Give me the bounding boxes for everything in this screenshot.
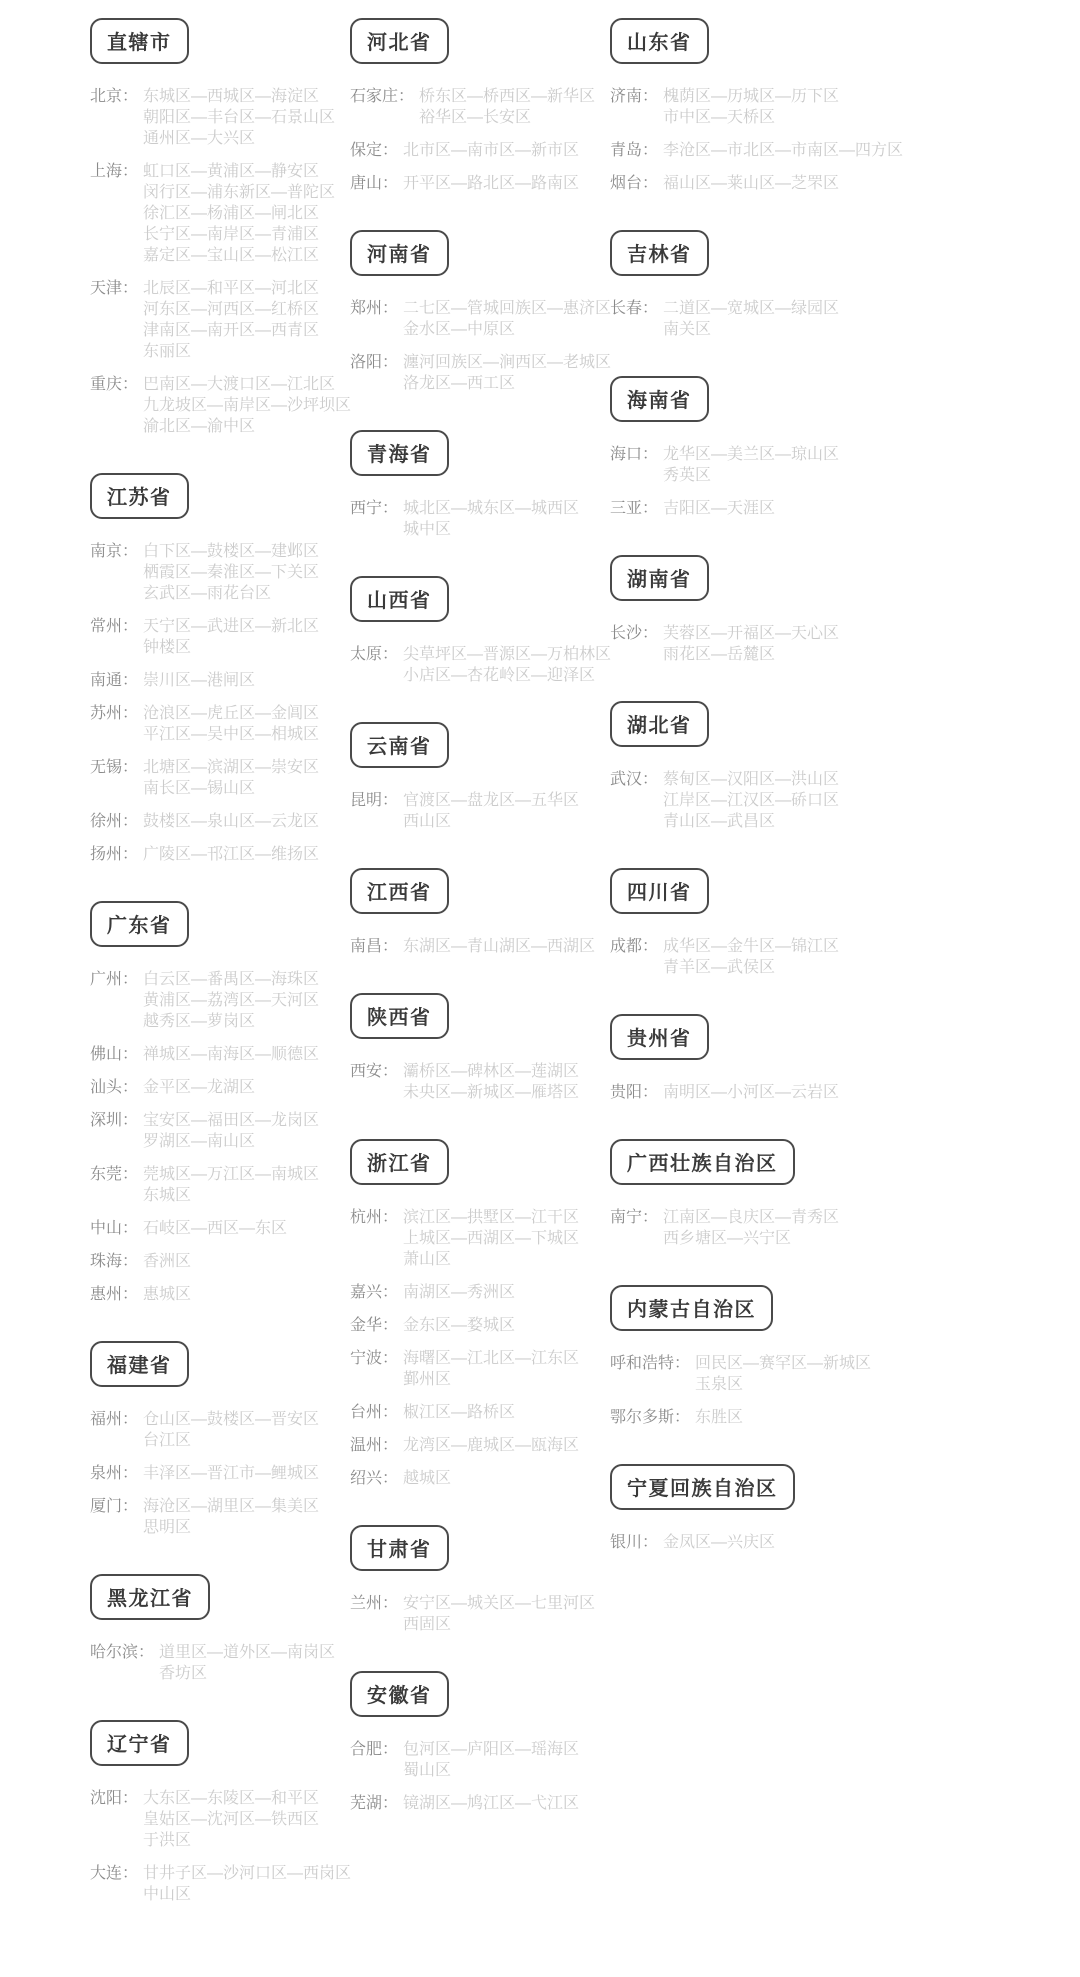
province-header: 福建省 <box>90 1341 189 1387</box>
district-line: 江岸区—江汉区—硚口区 <box>663 790 839 811</box>
district-line: 通州区—大兴区 <box>143 128 335 149</box>
city-row: 宁波：海曙区—江北区—江东区鄞州区 <box>350 1348 610 1390</box>
city-row: 沈阳：大东区—东陵区—和平区皇姑区—沈河区—铁西区于洪区 <box>90 1788 350 1851</box>
column: 直辖市北京：东城区—西城区—海淀区朝阳区—丰台区—石景山区通州区—大兴区上海：虹… <box>90 18 350 1917</box>
district-list: 香洲区 <box>143 1251 191 1272</box>
district-line: 吉阳区—天涯区 <box>663 498 775 519</box>
district-line: 金东区—婺城区 <box>403 1315 515 1336</box>
city-row: 昆明：官渡区—盘龙区—五华区西山区 <box>350 790 610 832</box>
district-list: 城北区—城东区—城西区城中区 <box>403 498 579 540</box>
district-line: 东城区—西城区—海淀区 <box>143 86 335 107</box>
district-line: 青羊区—武侯区 <box>663 957 839 978</box>
district-line: 二七区—管城回族区—惠济区 <box>403 298 611 319</box>
district-line: 西山区 <box>403 811 579 832</box>
city-name: 南宁： <box>610 1207 658 1228</box>
district-line: 未央区—新城区—雁塔区 <box>403 1082 579 1103</box>
district-line: 椒江区—路桥区 <box>403 1402 515 1423</box>
city-row: 杭州：滨江区—拱墅区—江干区上城区—西湖区—下城区萧山区 <box>350 1207 610 1270</box>
province-header-wrap: 四川省 <box>610 868 870 914</box>
province-section: 广西壮族自治区南宁：江南区—良庆区—青秀区西乡塘区—兴宁区 <box>610 1139 870 1249</box>
district-line: 灞桥区—碑林区—莲湖区 <box>403 1061 579 1082</box>
city-row: 徐州：鼓楼区—泉山区—云龙区 <box>90 811 350 832</box>
province-header: 湖北省 <box>610 701 709 747</box>
district-line: 市中区—天桥区 <box>663 107 839 128</box>
city-name: 无锡： <box>90 757 138 778</box>
province-section: 河北省石家庄：桥东区—桥西区—新华区裕华区—长安区保定：北市区—南市区—新市区唐… <box>350 18 610 194</box>
city-name: 金华： <box>350 1315 398 1336</box>
district-line: 小店区—杏花岭区—迎泽区 <box>403 665 611 686</box>
district-line: 雨花区—岳麓区 <box>663 644 839 665</box>
district-list: 白下区—鼓楼区—建邺区栖霞区—秦淮区—下关区玄武区—雨花台区 <box>143 541 319 604</box>
city-row: 兰州：安宁区—城关区—七里河区西固区 <box>350 1593 610 1635</box>
city-name: 南京： <box>90 541 138 562</box>
city-row: 哈尔滨：道里区—道外区—南岗区香坊区 <box>90 1642 350 1684</box>
district-line: 城中区 <box>403 519 579 540</box>
province-header: 青海省 <box>350 430 449 476</box>
province-header-wrap: 江西省 <box>350 868 610 914</box>
district-list: 镜湖区—鸠江区—弋江区 <box>403 1793 579 1814</box>
city-row: 长沙：芙蓉区—开福区—天心区雨花区—岳麓区 <box>610 623 870 665</box>
city-row: 北京：东城区—西城区—海淀区朝阳区—丰台区—石景山区通州区—大兴区 <box>90 86 350 149</box>
city-row: 中山：石岐区—西区—东区 <box>90 1218 350 1239</box>
district-list: 龙华区—美兰区—琼山区秀英区 <box>663 444 839 486</box>
province-header-wrap: 江苏省 <box>90 473 350 519</box>
province-section: 湖南省长沙：芙蓉区—开福区—天心区雨花区—岳麓区 <box>610 555 870 665</box>
city-name: 台州： <box>350 1402 398 1423</box>
district-line: 河东区—河西区—红桥区 <box>143 299 319 320</box>
city-row: 呼和浩特：回民区—赛罕区—新城区玉泉区 <box>610 1353 870 1395</box>
city-row: 温州：龙湾区—鹿城区—瓯海区 <box>350 1435 610 1456</box>
city-name: 南通： <box>90 670 138 691</box>
city-row: 重庆：巴南区—大渡口区—江北区九龙坡区—南岸区—沙坪坝区渝北区—渝中区 <box>90 374 350 437</box>
district-list: 芙蓉区—开福区—天心区雨花区—岳麓区 <box>663 623 839 665</box>
district-line: 槐荫区—历城区—历下区 <box>663 86 839 107</box>
district-line: 瀍河回族区—涧西区—老城区 <box>403 352 611 373</box>
city-name: 惠州： <box>90 1284 138 1305</box>
district-list: 北辰区—和平区—河北区河东区—河西区—红桥区津南区—南开区—西青区东丽区 <box>143 278 319 362</box>
district-line: 禅城区—南海区—顺德区 <box>143 1044 319 1065</box>
district-list: 北市区—南市区—新市区 <box>403 140 579 161</box>
column: 河北省石家庄：桥东区—桥西区—新华区裕华区—长安区保定：北市区—南市区—新市区唐… <box>350 18 610 1917</box>
city-row: 大连：甘井子区—沙河口区—西岗区中山区 <box>90 1863 350 1905</box>
province-section: 内蒙古自治区呼和浩特：回民区—赛罕区—新城区玉泉区鄂尔多斯：东胜区 <box>610 1285 870 1428</box>
district-line: 桥东区—桥西区—新华区 <box>419 86 595 107</box>
district-list: 瀍河回族区—涧西区—老城区洛龙区—西工区 <box>403 352 611 394</box>
district-line: 鄞州区 <box>403 1369 579 1390</box>
district-line: 闵行区—浦东新区—普陀区 <box>143 182 335 203</box>
province-header-wrap: 河北省 <box>350 18 610 64</box>
district-list: 越城区 <box>403 1468 451 1489</box>
city-row: 东莞：莞城区—万江区—南城区东城区 <box>90 1164 350 1206</box>
district-line: 萧山区 <box>403 1249 579 1270</box>
province-header-wrap: 山东省 <box>610 18 870 64</box>
city-row: 烟台：福山区—莱山区—芝罘区 <box>610 173 870 194</box>
city-name: 成都： <box>610 936 658 957</box>
province-header-wrap: 湖北省 <box>610 701 870 747</box>
city-name: 沈阳： <box>90 1788 138 1809</box>
city-name: 上海： <box>90 161 138 182</box>
province-header: 黑龙江省 <box>90 1574 210 1620</box>
district-line: 南明区—小河区—云岩区 <box>663 1082 839 1103</box>
city-row: 无锡：北塘区—滨湖区—崇安区南长区—锡山区 <box>90 757 350 799</box>
district-line: 江南区—良庆区—青秀区 <box>663 1207 839 1228</box>
district-line: 台江区 <box>143 1430 319 1451</box>
province-header: 贵州省 <box>610 1014 709 1060</box>
district-list: 东湖区—青山湖区—西湖区 <box>403 936 595 957</box>
district-list: 天宁区—武进区—新北区钟楼区 <box>143 616 319 658</box>
district-line: 栖霞区—秦淮区—下关区 <box>143 562 319 583</box>
city-row: 福州：仓山区—鼓楼区—晋安区台江区 <box>90 1409 350 1451</box>
district-line: 莞城区—万江区—南城区 <box>143 1164 319 1185</box>
city-name: 广州： <box>90 969 138 990</box>
city-row: 洛阳：瀍河回族区—涧西区—老城区洛龙区—西工区 <box>350 352 610 394</box>
column: 山东省济南：槐荫区—历城区—历下区市中区—天桥区青岛：李沧区—市北区—市南区—四… <box>610 18 870 1917</box>
district-line: 滨江区—拱墅区—江干区 <box>403 1207 579 1228</box>
district-list: 滨江区—拱墅区—江干区上城区—西湖区—下城区萧山区 <box>403 1207 579 1270</box>
city-name: 宁波： <box>350 1348 398 1369</box>
province-section: 安徽省合肥：包河区—庐阳区—瑶海区蜀山区芜湖：镜湖区—鸠江区—弋江区 <box>350 1671 610 1814</box>
district-line: 钟楼区 <box>143 637 319 658</box>
province-header-wrap: 云南省 <box>350 722 610 768</box>
district-line: 中山区 <box>143 1884 351 1905</box>
district-line: 北市区—南市区—新市区 <box>403 140 579 161</box>
city-name: 贵阳： <box>610 1082 658 1103</box>
city-name: 嘉兴： <box>350 1282 398 1303</box>
district-list: 桥东区—桥西区—新华区裕华区—长安区 <box>419 86 595 128</box>
province-header-wrap: 贵州省 <box>610 1014 870 1060</box>
city-row: 武汉：蔡甸区—汉阳区—洪山区江岸区—江汉区—硚口区青山区—武昌区 <box>610 769 870 832</box>
district-line: 黄浦区—荔湾区—天河区 <box>143 990 319 1011</box>
province-header-wrap: 辽宁省 <box>90 1720 350 1766</box>
district-line: 安宁区—城关区—七里河区 <box>403 1593 595 1614</box>
district-list: 开平区—路北区—路南区 <box>403 173 579 194</box>
city-row: 上海：虹口区—黄浦区—静安区闵行区—浦东新区—普陀区徐汇区—杨浦区—闸北区长宁区… <box>90 161 350 266</box>
district-line: 二道区—宽城区—绿园区 <box>663 298 839 319</box>
district-line: 石岐区—西区—东区 <box>143 1218 287 1239</box>
district-line: 成华区—金牛区—锦江区 <box>663 936 839 957</box>
province-header-wrap: 河南省 <box>350 230 610 276</box>
province-header-wrap: 宁夏回族自治区 <box>610 1464 870 1510</box>
province-section: 浙江省杭州：滨江区—拱墅区—江干区上城区—西湖区—下城区萧山区嘉兴：南湖区—秀洲… <box>350 1139 610 1489</box>
province-section: 海南省海口：龙华区—美兰区—琼山区秀英区三亚：吉阳区—天涯区 <box>610 376 870 519</box>
district-line: 金平区—龙湖区 <box>143 1077 255 1098</box>
district-line: 于洪区 <box>143 1830 319 1851</box>
district-list: 李沧区—市北区—市南区—四方区 <box>663 140 903 161</box>
province-header-wrap: 吉林省 <box>610 230 870 276</box>
province-header: 宁夏回族自治区 <box>610 1464 795 1510</box>
city-row: 唐山：开平区—路北区—路南区 <box>350 173 610 194</box>
province-header: 河北省 <box>350 18 449 64</box>
city-name: 温州： <box>350 1435 398 1456</box>
district-line: 金凤区—兴庆区 <box>663 1532 775 1553</box>
city-name: 汕头： <box>90 1077 138 1098</box>
district-line: 北塘区—滨湖区—崇安区 <box>143 757 319 778</box>
district-line: 宝安区—福田区—龙岗区 <box>143 1110 319 1131</box>
district-line: 蔡甸区—汉阳区—洪山区 <box>663 769 839 790</box>
city-row: 济南：槐荫区—历城区—历下区市中区—天桥区 <box>610 86 870 128</box>
district-line: 包河区—庐阳区—瑶海区 <box>403 1739 579 1760</box>
province-header: 云南省 <box>350 722 449 768</box>
city-name: 泉州： <box>90 1463 138 1484</box>
district-list: 白云区—番禺区—海珠区黄浦区—荔湾区—天河区越秀区—萝岗区 <box>143 969 319 1032</box>
district-list: 蔡甸区—汉阳区—洪山区江岸区—江汉区—硚口区青山区—武昌区 <box>663 769 839 832</box>
district-list: 灞桥区—碑林区—莲湖区未央区—新城区—雁塔区 <box>403 1061 579 1103</box>
district-line: 南长区—锡山区 <box>143 778 319 799</box>
district-line: 东丽区 <box>143 341 319 362</box>
province-section: 直辖市北京：东城区—西城区—海淀区朝阳区—丰台区—石景山区通州区—大兴区上海：虹… <box>90 18 350 437</box>
city-name: 南昌： <box>350 936 398 957</box>
district-line: 龙华区—美兰区—琼山区 <box>663 444 839 465</box>
district-list: 二道区—宽城区—绿园区南关区 <box>663 298 839 340</box>
province-header-wrap: 广西壮族自治区 <box>610 1139 870 1185</box>
province-header-wrap: 内蒙古自治区 <box>610 1285 870 1331</box>
city-name: 昆明： <box>350 790 398 811</box>
city-name: 杭州： <box>350 1207 398 1228</box>
province-header: 安徽省 <box>350 1671 449 1717</box>
province-section: 吉林省长春：二道区—宽城区—绿园区南关区 <box>610 230 870 340</box>
province-header: 江西省 <box>350 868 449 914</box>
province-section: 河南省郑州：二七区—管城回族区—惠济区金水区—中原区洛阳：瀍河回族区—涧西区—老… <box>350 230 610 394</box>
city-name: 石家庄： <box>350 86 414 107</box>
district-list: 成华区—金牛区—锦江区青羊区—武侯区 <box>663 936 839 978</box>
city-row: 南京：白下区—鼓楼区—建邺区栖霞区—秦淮区—下关区玄武区—雨花台区 <box>90 541 350 604</box>
district-line: 鼓楼区—泉山区—云龙区 <box>143 811 319 832</box>
district-line: 东湖区—青山湖区—西湖区 <box>403 936 595 957</box>
district-line: 福山区—莱山区—芝罘区 <box>663 173 839 194</box>
district-line: 裕华区—长安区 <box>419 107 595 128</box>
city-name: 芜湖： <box>350 1793 398 1814</box>
district-list: 鼓楼区—泉山区—云龙区 <box>143 811 319 832</box>
city-row: 常州：天宁区—武进区—新北区钟楼区 <box>90 616 350 658</box>
district-line: 越秀区—萝岗区 <box>143 1011 319 1032</box>
city-name: 天津： <box>90 278 138 299</box>
province-header-wrap: 安徽省 <box>350 1671 610 1717</box>
city-row: 银川：金凤区—兴庆区 <box>610 1532 870 1553</box>
city-name: 三亚： <box>610 498 658 519</box>
district-list: 禅城区—南海区—顺德区 <box>143 1044 319 1065</box>
province-header-wrap: 福建省 <box>90 1341 350 1387</box>
district-list: 宝安区—福田区—龙岗区罗湖区—南山区 <box>143 1110 319 1152</box>
district-line: 崇川区—港闸区 <box>143 670 255 691</box>
district-list: 槐荫区—历城区—历下区市中区—天桥区 <box>663 86 839 128</box>
district-list: 椒江区—路桥区 <box>403 1402 515 1423</box>
district-list: 虹口区—黄浦区—静安区闵行区—浦东新区—普陀区徐汇区—杨浦区—闸北区长宁区—南岸… <box>143 161 335 266</box>
district-list: 金平区—龙湖区 <box>143 1077 255 1098</box>
province-header-wrap: 直辖市 <box>90 18 350 64</box>
province-header: 海南省 <box>610 376 709 422</box>
city-name: 保定： <box>350 140 398 161</box>
province-section: 辽宁省沈阳：大东区—东陵区—和平区皇姑区—沈河区—铁西区于洪区大连：甘井子区—沙… <box>90 1720 350 1905</box>
province-header: 广西壮族自治区 <box>610 1139 795 1185</box>
district-line: 金水区—中原区 <box>403 319 611 340</box>
district-list: 崇川区—港闸区 <box>143 670 255 691</box>
province-section: 青海省西宁：城北区—城东区—城西区城中区 <box>350 430 610 540</box>
district-line: 白云区—番禺区—海珠区 <box>143 969 319 990</box>
province-section: 陕西省西安：灞桥区—碑林区—莲湖区未央区—新城区—雁塔区 <box>350 993 610 1103</box>
city-row: 青岛：李沧区—市北区—市南区—四方区 <box>610 140 870 161</box>
district-list: 北塘区—滨湖区—崇安区南长区—锡山区 <box>143 757 319 799</box>
city-name: 长沙： <box>610 623 658 644</box>
district-line: 镜湖区—鸠江区—弋江区 <box>403 1793 579 1814</box>
city-row: 深圳：宝安区—福田区—龙岗区罗湖区—南山区 <box>90 1110 350 1152</box>
city-name: 北京： <box>90 86 138 107</box>
district-line: 罗湖区—南山区 <box>143 1131 319 1152</box>
district-line: 广陵区—邗江区—维扬区 <box>143 844 319 865</box>
city-name: 烟台： <box>610 173 658 194</box>
district-list: 官渡区—盘龙区—五华区西山区 <box>403 790 579 832</box>
district-list: 巴南区—大渡口区—江北区九龙坡区—南岸区—沙坪坝区渝北区—渝中区 <box>143 374 351 437</box>
province-header: 江苏省 <box>90 473 189 519</box>
district-line: 尖草坪区—晋源区—万柏林区 <box>403 644 611 665</box>
district-line: 秀英区 <box>663 465 839 486</box>
province-header: 山西省 <box>350 576 449 622</box>
district-line: 九龙坡区—南岸区—沙坪坝区 <box>143 395 351 416</box>
district-line: 徐汇区—杨浦区—闸北区 <box>143 203 335 224</box>
province-section: 黑龙江省哈尔滨：道里区—道外区—南岗区香坊区 <box>90 1574 350 1684</box>
province-section: 山东省济南：槐荫区—历城区—历下区市中区—天桥区青岛：李沧区—市北区—市南区—四… <box>610 18 870 194</box>
city-name: 东莞： <box>90 1164 138 1185</box>
city-name: 西安： <box>350 1061 398 1082</box>
district-line: 开平区—路北区—路南区 <box>403 173 579 194</box>
province-section: 福建省福州：仓山区—鼓楼区—晋安区台江区泉州：丰泽区—晋江市—鲤城区厦门：海沧区… <box>90 1341 350 1538</box>
province-header: 湖南省 <box>610 555 709 601</box>
district-list: 包河区—庐阳区—瑶海区蜀山区 <box>403 1739 579 1781</box>
province-header-wrap: 陕西省 <box>350 993 610 1039</box>
province-section: 江西省南昌：东湖区—青山湖区—西湖区 <box>350 868 610 957</box>
city-row: 南宁：江南区—良庆区—青秀区西乡塘区—兴宁区 <box>610 1207 870 1249</box>
district-list: 龙湾区—鹿城区—瓯海区 <box>403 1435 579 1456</box>
city-row: 芜湖：镜湖区—鸠江区—弋江区 <box>350 1793 610 1814</box>
city-row: 石家庄：桥东区—桥西区—新华区裕华区—长安区 <box>350 86 610 128</box>
district-line: 惠城区 <box>143 1284 191 1305</box>
city-name: 太原： <box>350 644 398 665</box>
district-line: 龙湾区—鹿城区—瓯海区 <box>403 1435 579 1456</box>
district-line: 西乡塘区—兴宁区 <box>663 1228 839 1249</box>
district-list: 海曙区—江北区—江东区鄞州区 <box>403 1348 579 1390</box>
district-line: 平江区—吴中区—相城区 <box>143 724 319 745</box>
city-name: 鄂尔多斯： <box>610 1407 690 1428</box>
district-list: 惠城区 <box>143 1284 191 1305</box>
district-list: 海沧区—湖里区—集美区思明区 <box>143 1496 319 1538</box>
province-header: 河南省 <box>350 230 449 276</box>
city-name: 海口： <box>610 444 658 465</box>
city-name: 重庆： <box>90 374 138 395</box>
district-line: 白下区—鼓楼区—建邺区 <box>143 541 319 562</box>
district-line: 西固区 <box>403 1614 595 1635</box>
district-line: 思明区 <box>143 1517 319 1538</box>
city-name: 银川： <box>610 1532 658 1553</box>
district-line: 东城区 <box>143 1185 319 1206</box>
district-line: 东胜区 <box>695 1407 743 1428</box>
city-row: 汕头：金平区—龙湖区 <box>90 1077 350 1098</box>
province-header: 山东省 <box>610 18 709 64</box>
city-row: 苏州：沧浪区—虎丘区—金阊区平江区—吴中区—相城区 <box>90 703 350 745</box>
province-header: 广东省 <box>90 901 189 947</box>
district-line: 玄武区—雨花台区 <box>143 583 319 604</box>
city-row: 海口：龙华区—美兰区—琼山区秀英区 <box>610 444 870 486</box>
district-list: 回民区—赛罕区—新城区玉泉区 <box>695 1353 871 1395</box>
district-line: 香坊区 <box>159 1663 335 1684</box>
province-header: 陕西省 <box>350 993 449 1039</box>
district-line: 南关区 <box>663 319 839 340</box>
city-name: 呼和浩特： <box>610 1353 690 1374</box>
district-line: 香洲区 <box>143 1251 191 1272</box>
city-row: 厦门：海沧区—湖里区—集美区思明区 <box>90 1496 350 1538</box>
city-row: 西宁：城北区—城东区—城西区城中区 <box>350 498 610 540</box>
city-row: 鄂尔多斯：东胜区 <box>610 1407 870 1428</box>
province-header-wrap: 山西省 <box>350 576 610 622</box>
district-list: 莞城区—万江区—南城区东城区 <box>143 1164 319 1206</box>
city-row: 长春：二道区—宽城区—绿园区南关区 <box>610 298 870 340</box>
district-line: 官渡区—盘龙区—五华区 <box>403 790 579 811</box>
city-row: 保定：北市区—南市区—新市区 <box>350 140 610 161</box>
district-list: 二七区—管城回族区—惠济区金水区—中原区 <box>403 298 611 340</box>
district-line: 天宁区—武进区—新北区 <box>143 616 319 637</box>
city-name: 佛山： <box>90 1044 138 1065</box>
province-header-wrap: 甘肃省 <box>350 1525 610 1571</box>
district-line: 长宁区—南岸区—青浦区 <box>143 224 335 245</box>
city-name: 苏州： <box>90 703 138 724</box>
district-line: 渝北区—渝中区 <box>143 416 351 437</box>
city-name: 中山： <box>90 1218 138 1239</box>
city-row: 珠海：香洲区 <box>90 1251 350 1272</box>
province-header-wrap: 青海省 <box>350 430 610 476</box>
district-list: 金东区—婺城区 <box>403 1315 515 1336</box>
district-line: 海沧区—湖里区—集美区 <box>143 1496 319 1517</box>
district-line: 津南区—南开区—西青区 <box>143 320 319 341</box>
district-list: 沧浪区—虎丘区—金阊区平江区—吴中区—相城区 <box>143 703 319 745</box>
province-header: 浙江省 <box>350 1139 449 1185</box>
district-line: 虹口区—黄浦区—静安区 <box>143 161 335 182</box>
province-section: 宁夏回族自治区银川：金凤区—兴庆区 <box>610 1464 870 1553</box>
district-line: 蜀山区 <box>403 1760 579 1781</box>
province-header-wrap: 海南省 <box>610 376 870 422</box>
province-header-wrap: 广东省 <box>90 901 350 947</box>
city-row: 天津：北辰区—和平区—河北区河东区—河西区—红桥区津南区—南开区—西青区东丽区 <box>90 278 350 362</box>
province-header: 甘肃省 <box>350 1525 449 1571</box>
city-name: 厦门： <box>90 1496 138 1517</box>
city-name: 兰州： <box>350 1593 398 1614</box>
district-line: 青山区—武昌区 <box>663 811 839 832</box>
province-header: 辽宁省 <box>90 1720 189 1766</box>
city-row: 惠州：惠城区 <box>90 1284 350 1305</box>
city-name: 洛阳： <box>350 352 398 373</box>
district-line: 仓山区—鼓楼区—晋安区 <box>143 1409 319 1430</box>
province-header-wrap: 浙江省 <box>350 1139 610 1185</box>
district-list: 丰泽区—晋江市—鲤城区 <box>143 1463 319 1484</box>
city-name: 常州： <box>90 616 138 637</box>
city-name: 徐州： <box>90 811 138 832</box>
city-row: 贵阳：南明区—小河区—云岩区 <box>610 1082 870 1103</box>
district-line: 洛龙区—西工区 <box>403 373 611 394</box>
city-name: 大连： <box>90 1863 138 1884</box>
district-line: 巴南区—大渡口区—江北区 <box>143 374 351 395</box>
district-list: 东城区—西城区—海淀区朝阳区—丰台区—石景山区通州区—大兴区 <box>143 86 335 149</box>
city-row: 台州：椒江区—路桥区 <box>350 1402 610 1423</box>
district-list: 甘井子区—沙河口区—西岗区中山区 <box>143 1863 351 1905</box>
city-name: 武汉： <box>610 769 658 790</box>
province-header: 内蒙古自治区 <box>610 1285 773 1331</box>
district-list: 安宁区—城关区—七里河区西固区 <box>403 1593 595 1635</box>
province-header: 四川省 <box>610 868 709 914</box>
district-line: 城北区—城东区—城西区 <box>403 498 579 519</box>
province-header-wrap: 黑龙江省 <box>90 1574 350 1620</box>
province-section: 云南省昆明：官渡区—盘龙区—五华区西山区 <box>350 722 610 832</box>
district-list: 石岐区—西区—东区 <box>143 1218 287 1239</box>
district-list: 仓山区—鼓楼区—晋安区台江区 <box>143 1409 319 1451</box>
city-name: 长春： <box>610 298 658 319</box>
province-section: 四川省成都：成华区—金牛区—锦江区青羊区—武侯区 <box>610 868 870 978</box>
